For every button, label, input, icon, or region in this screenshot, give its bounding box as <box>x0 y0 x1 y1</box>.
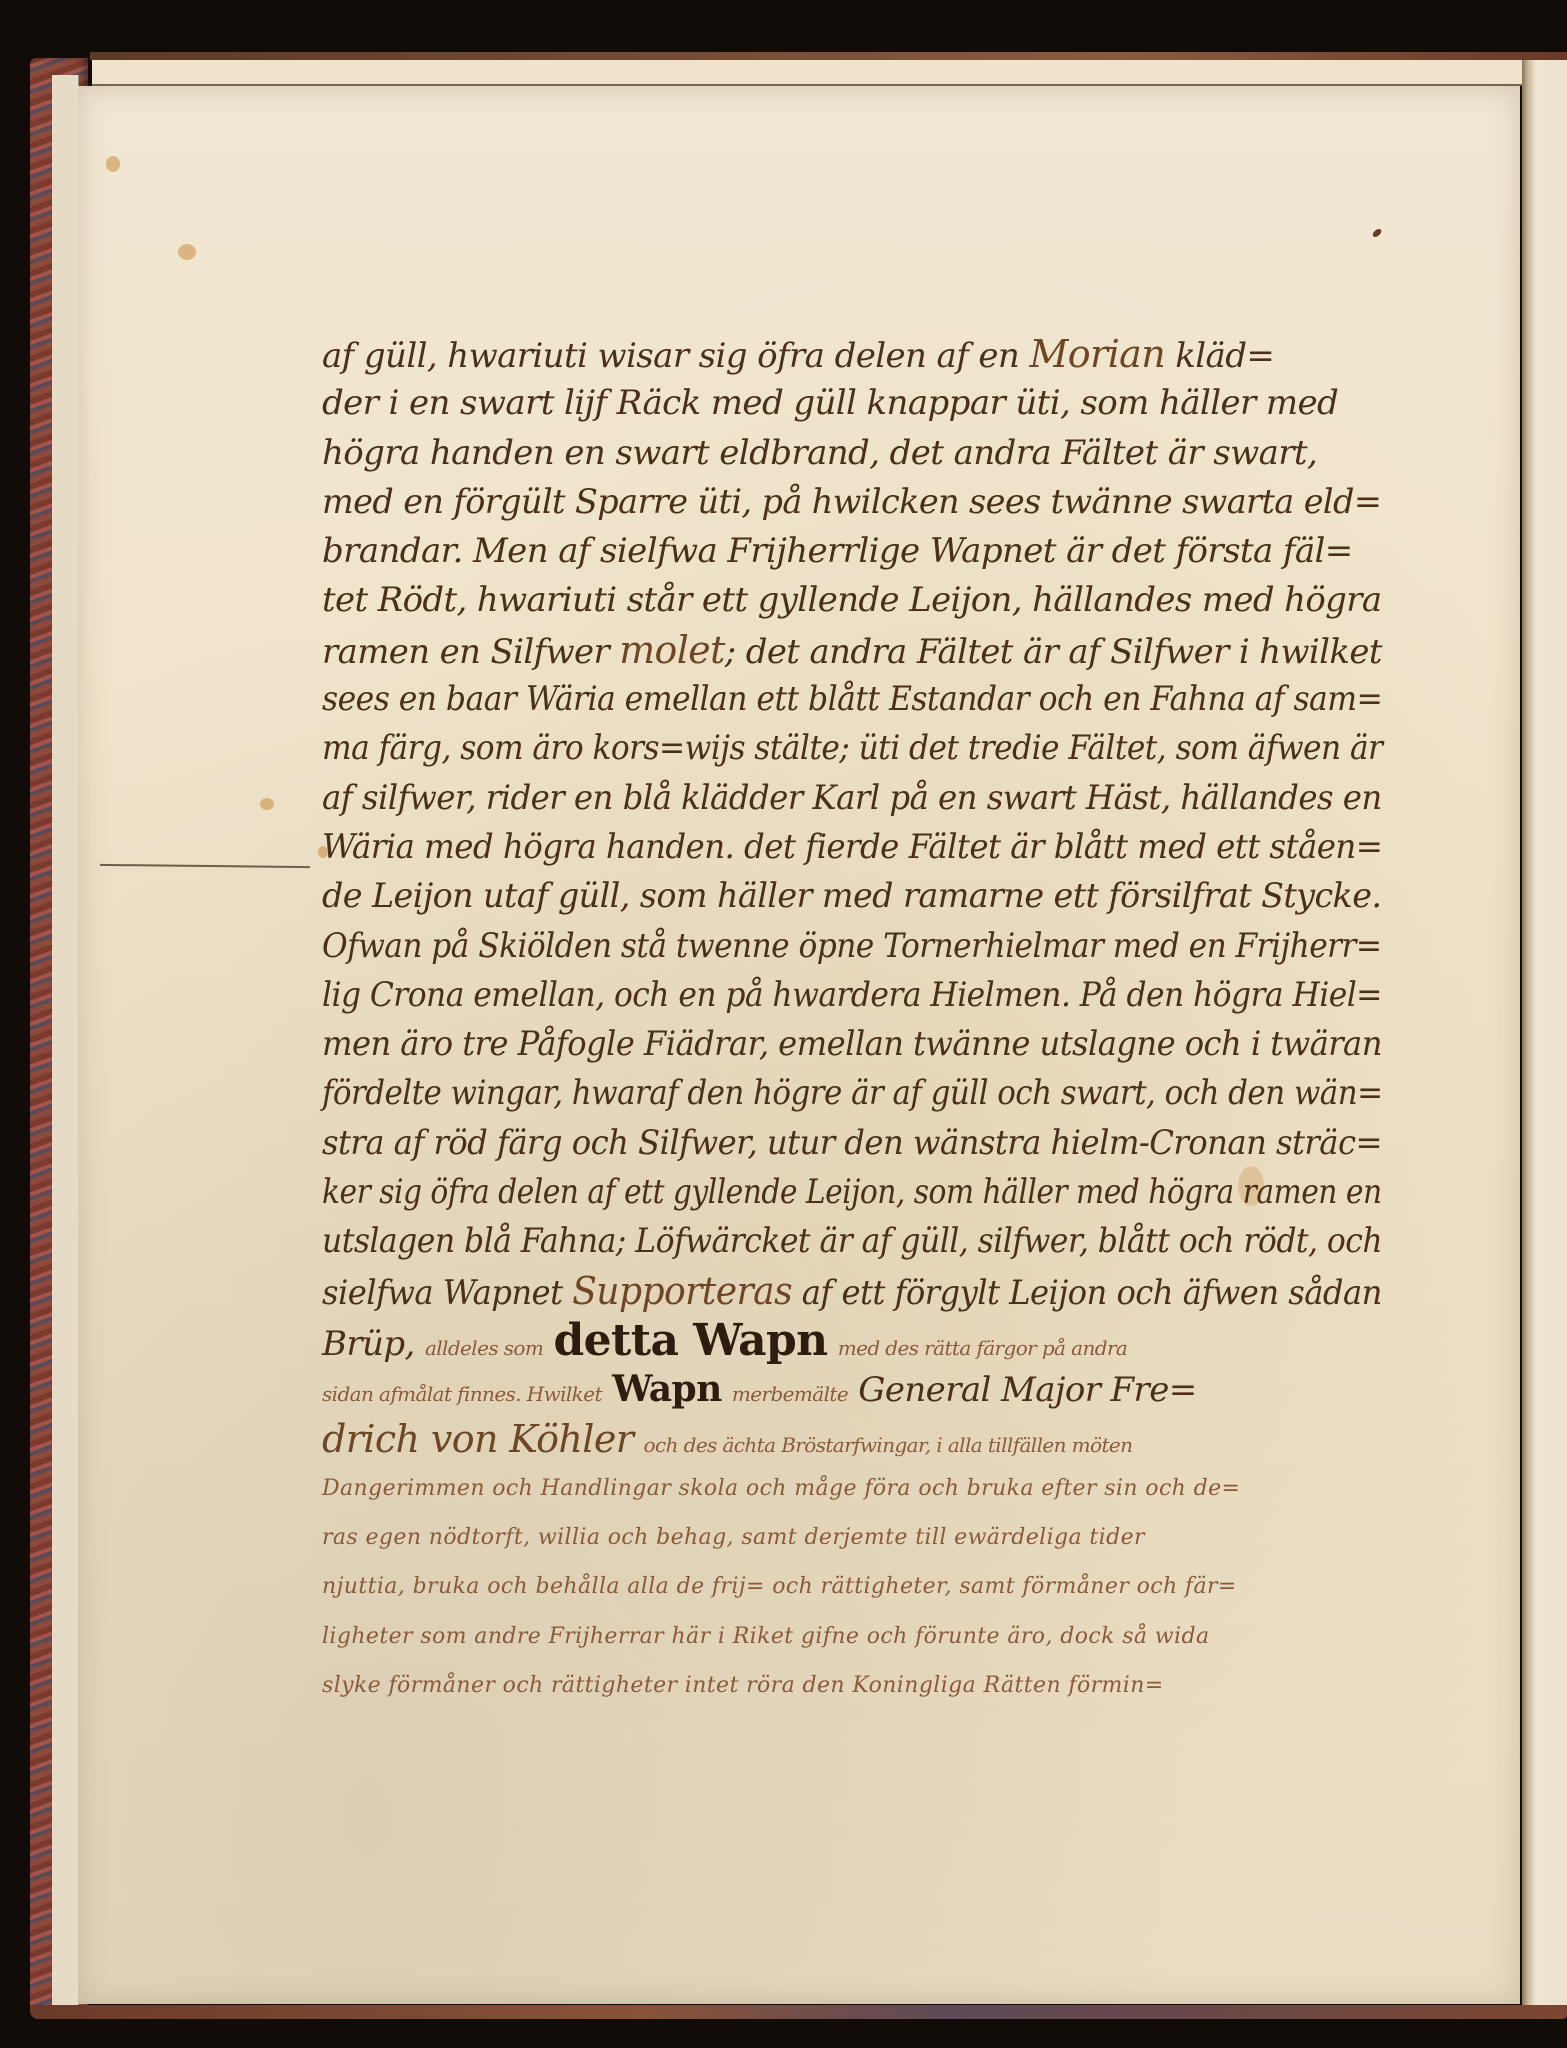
foxing-stain <box>178 244 196 260</box>
text-line: fördelte wingar, hwaraf den högre är af … <box>322 1069 1287 1118</box>
cursive-text-line: ligheter som andre Frijherrar här i Rike… <box>322 1612 1382 1661</box>
book-binding-top <box>90 52 1567 60</box>
text-line: brandar. Men af sielfwa Frijherrlige Wap… <box>322 527 1382 576</box>
text-line: ker sig öfra delen af ett gyllende Leijo… <box>322 1168 1250 1217</box>
text-line: lig Crona emellan, och en på hwardera Hi… <box>322 971 1299 1020</box>
text-line: de Leijon utaf güll, som häller med rama… <box>322 872 1363 921</box>
cursive-text-line: slyke förmåner och rättigheter intet rör… <box>322 1661 1382 1710</box>
cursive-text-line: njuttia, bruka och behålla alla de frij=… <box>322 1562 1382 1611</box>
text-line-mixed: drich von Köhler och des ächta Bröstarfw… <box>322 1415 1382 1464</box>
text-line: med en förgült Sparre üti, på hwilcken s… <box>322 478 1365 527</box>
text-line-mixed: Brüp, alldeles som detta Wapn med des rä… <box>322 1316 1382 1365</box>
text-line: ramen en Silfwer molet; det andra Fältet… <box>322 626 1379 675</box>
foxing-stain <box>260 798 274 810</box>
text-line-mixed: sidan afmålat finnes. Hwilket Wapn merbe… <box>322 1365 1382 1414</box>
text-line: af silfwer, rider en blå klädder Karl på… <box>322 774 1333 823</box>
flyleaf-edge-top <box>92 60 1567 86</box>
text-line: tet Rödt, hwariuti står ett gyllende Lei… <box>322 576 1379 625</box>
flyleaf-edge-left <box>52 75 79 2005</box>
text-line: Wäria med högra handen. det fierde Fälte… <box>322 823 1334 872</box>
text-line: der i en swart lijf Räck med güll knappa… <box>322 379 1382 428</box>
text-line: Ofwan på Skiölden stå twenne öpne Torner… <box>322 922 1296 971</box>
text-line: sees en baar Wäria emellan ett blått Est… <box>322 675 1303 724</box>
text-line: af güll, hwariuti wisar sig öfra delen a… <box>322 330 1382 379</box>
text-line: högra handen en swart eldbrand, det andr… <box>322 429 1382 478</box>
cursive-text-line: Dangerimmen och Handlingar skola och måg… <box>322 1464 1382 1513</box>
foxing-stain <box>106 156 120 172</box>
manuscript-text: af güll, hwariuti wisar sig öfra delen a… <box>322 330 1382 1710</box>
facing-page-edge <box>1522 60 1567 2005</box>
text-line: stra af röd färg och Silfwer, utur den w… <box>322 1119 1329 1168</box>
text-line: ma färg, som äro kors=wijs stälte; üti d… <box>322 724 1296 773</box>
book-binding-bottom <box>30 2005 1567 2019</box>
text-line: men äro tre Påfogle Fiädrar, emellan twä… <box>322 1020 1326 1069</box>
text-line: sielfwa Wapnet Supporteras af ett förgyl… <box>322 1267 1328 1316</box>
cursive-text-line: ras egen nödtorft, willia och behag, sam… <box>322 1513 1382 1562</box>
ink-speck <box>1371 227 1383 238</box>
text-line: utslagen blå Fahna; Löfwärcket är af gül… <box>322 1217 1304 1266</box>
